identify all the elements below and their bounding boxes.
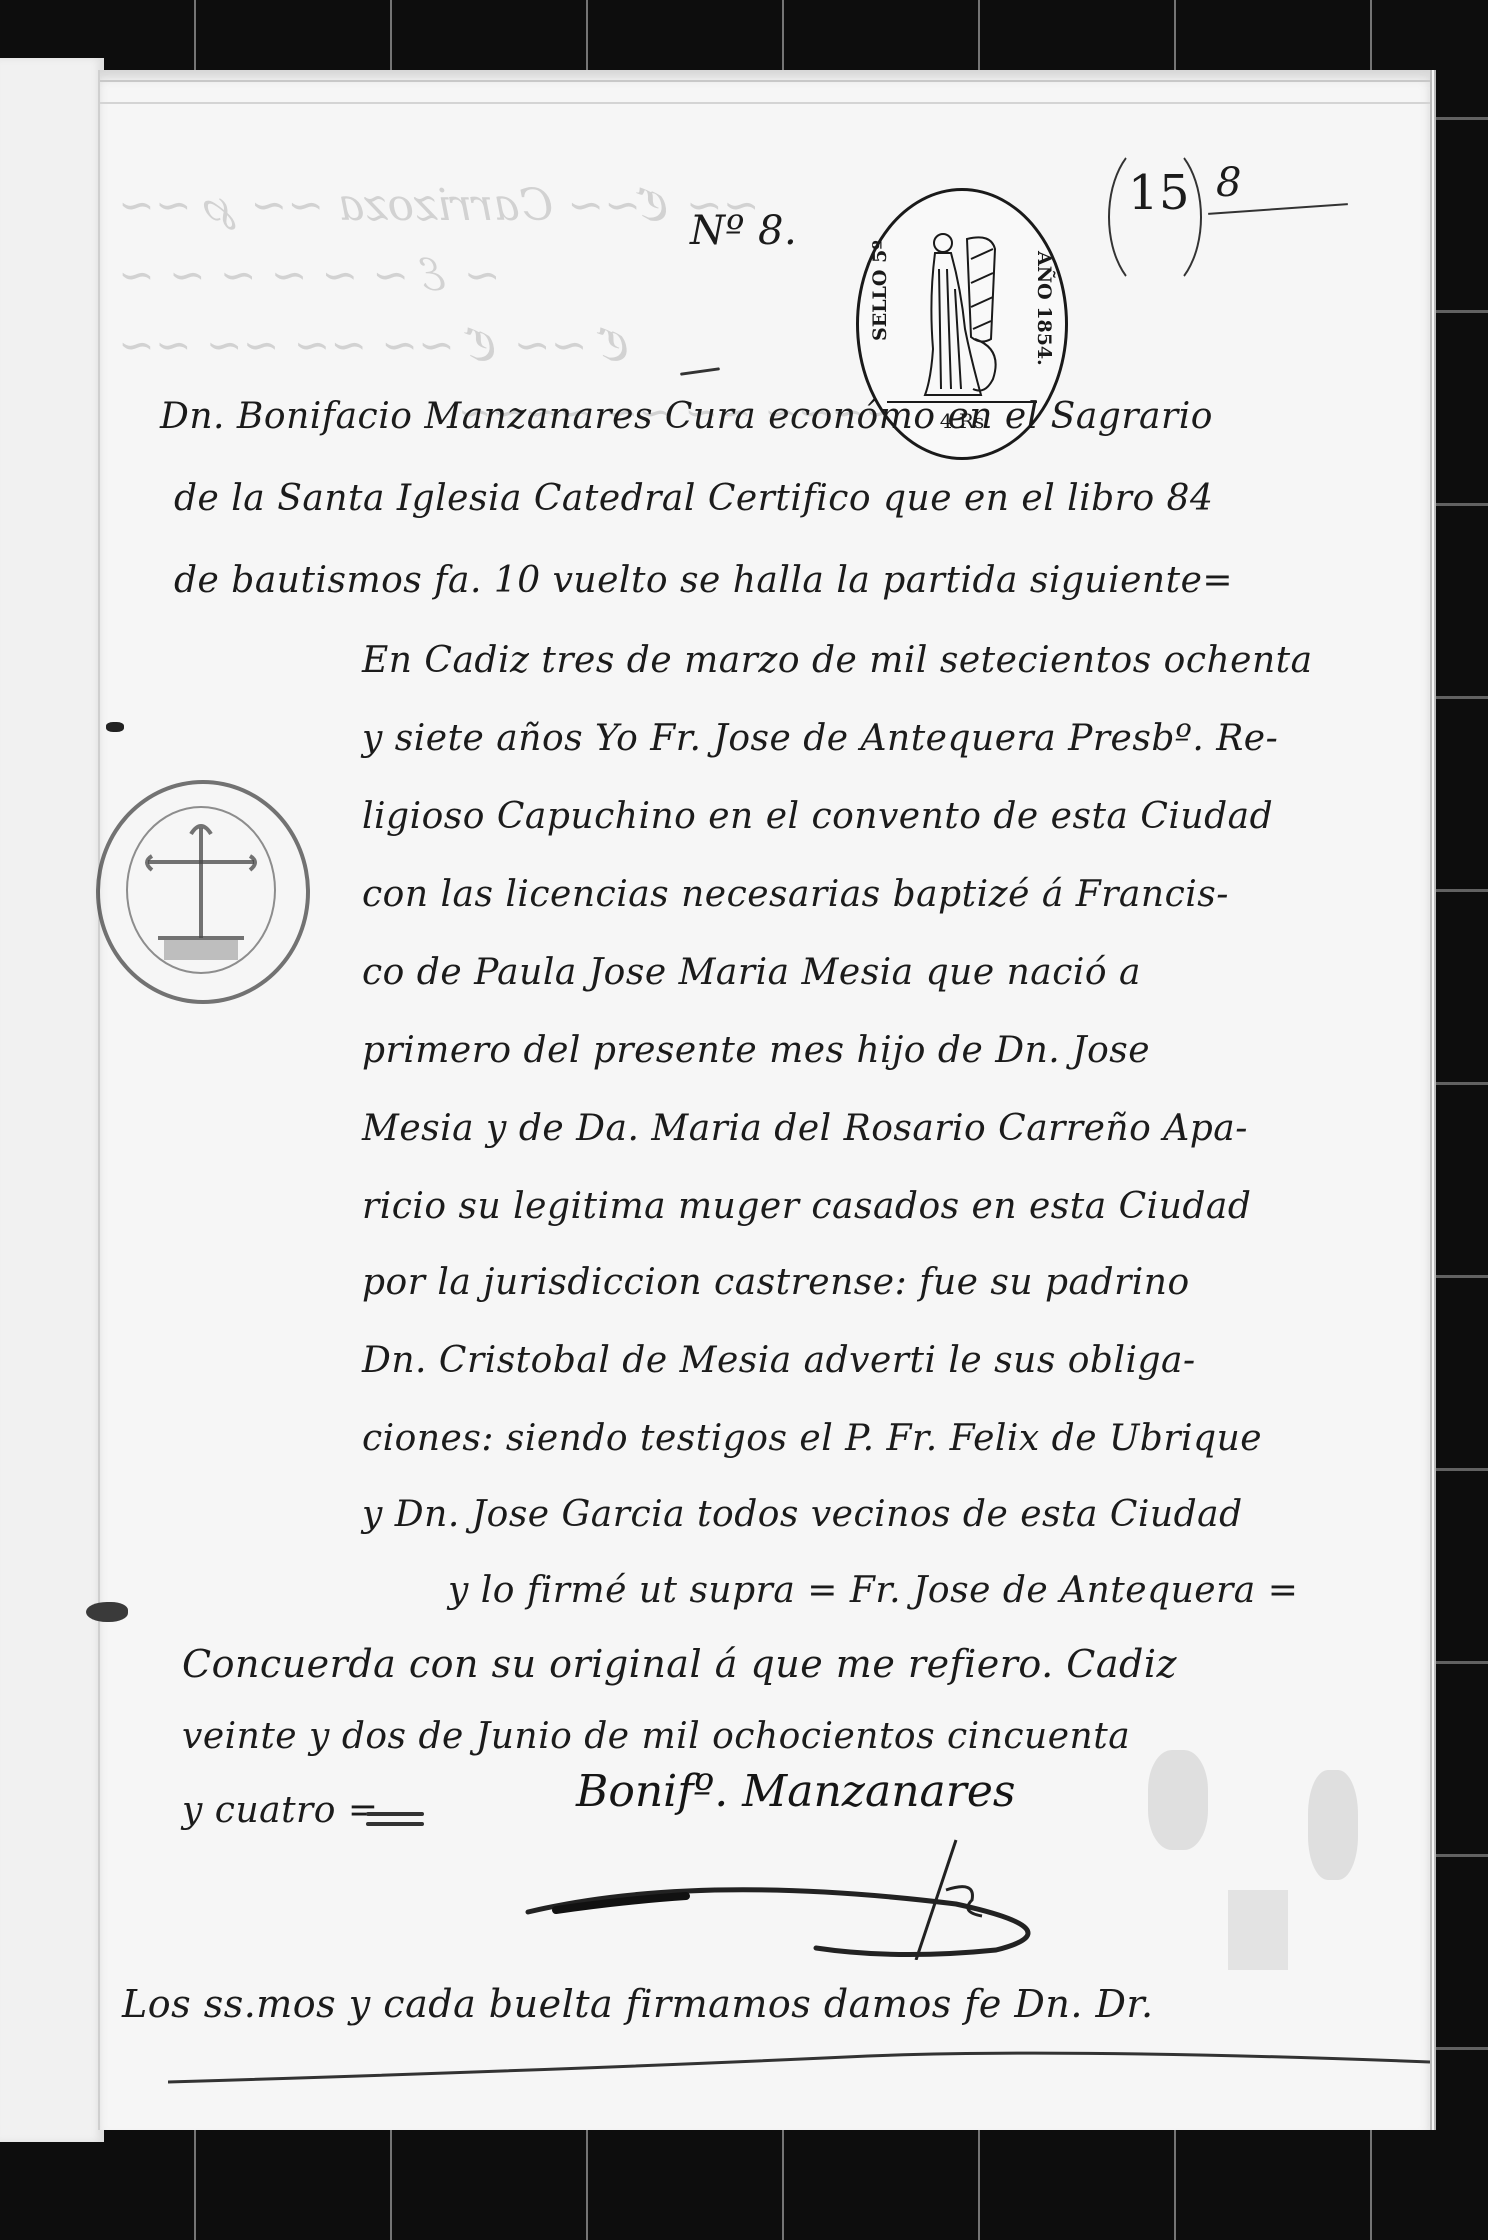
signature-flourish-icon xyxy=(516,1820,1076,1960)
certification-line-2: veinte y dos de Junio de mil ochocientos… xyxy=(182,1716,1130,1757)
bleed-through-text: ℭ ~~ ℭ ~~ ~~ ~~ ~~ xyxy=(118,320,632,371)
ink-offset-stain xyxy=(1148,1750,1208,1850)
closing-double-rule xyxy=(366,1812,424,1816)
body-line-1: Dn. Bonifacio Manzanares Cura económo en… xyxy=(160,396,1213,437)
footer-underline-icon xyxy=(168,2050,1430,2090)
page-fold xyxy=(98,70,100,2130)
certification-line-3: y cuatro = xyxy=(182,1790,379,1831)
item-number: Nº 8. xyxy=(690,208,797,254)
body-line-12: por la jurisdiccion castrense: fue su pa… xyxy=(362,1262,1190,1303)
binding-hole xyxy=(86,1602,128,1622)
folio-number: 15 xyxy=(1128,165,1190,221)
stamp-series-label: SELLO 5º xyxy=(869,240,891,341)
ink-mark xyxy=(680,367,720,376)
folio-alt-number: 8 xyxy=(1216,160,1242,206)
certification-line-1: Concuerda con su original á que me refie… xyxy=(182,1642,1177,1686)
footer-note: Los ss.mos y cada buelta firmamos damos … xyxy=(122,1982,1154,2026)
manuscript-page: ~~ ℭ~~ Carrizoza ~~ ℘ ~~ ~ ℰ ~ ~ ~ ~ ~ ~… xyxy=(98,70,1436,2130)
closing-double-rule xyxy=(366,1822,424,1826)
body-line-6: ligioso Capuchino en el convento de esta… xyxy=(362,796,1273,837)
body-line-7: con las licencias necesarias baptizé á F… xyxy=(362,874,1229,915)
body-line-15: y Dn. Jose Garcia todos vecinos de esta … xyxy=(362,1494,1243,1535)
body-line-9: primero del presente mes hijo de Dn. Jos… xyxy=(362,1030,1150,1071)
body-line-4: En Cadiz tres de marzo de mil seteciento… xyxy=(362,640,1313,681)
body-line-2: de la Santa Iglesia Catedral Certifico q… xyxy=(174,478,1213,519)
seated-figure-icon xyxy=(921,229,1001,399)
body-line-5: y siete años Yo Fr. Jose de Antequera Pr… xyxy=(362,718,1278,759)
binding-mark xyxy=(106,722,124,732)
ink-offset-stain xyxy=(1308,1770,1358,1880)
body-line-3: de bautismos fa. 10 vuelto se halla la p… xyxy=(174,560,1233,601)
body-line-10: Mesia y de Da. Maria del Rosario Carreño… xyxy=(362,1108,1248,1149)
body-line-14: ciones: siendo testigos el P. Fr. Felix … xyxy=(362,1418,1262,1459)
parish-seal: PARROQUIA DEL SAGRARIO · SANTA IGLESIA C… xyxy=(96,780,310,1004)
body-line-11: ricio su legitima muger casados en esta … xyxy=(362,1186,1251,1227)
ink-offset-stain xyxy=(1228,1890,1288,1970)
signature: Bonifº. Manzanares xyxy=(576,1766,1015,1817)
stamp-year-label: AÑO 1854. xyxy=(1033,251,1055,366)
body-line-8: co de Paula Jose Maria Mesia que nació a xyxy=(362,952,1141,993)
body-line-13: Dn. Cristobal de Mesia adverti le sus ob… xyxy=(362,1340,1196,1381)
body-line-16: y lo firmé ut supra = Fr. Jose de Antequ… xyxy=(448,1570,1298,1611)
bleed-through-text: ~ ℰ ~ ~ ~ ~ ~ ~ xyxy=(118,250,501,301)
facing-page-edge xyxy=(0,58,104,2142)
bleed-through-text: ~~ ℭ~~ Carrizoza ~~ ℘ ~~ xyxy=(118,180,760,231)
